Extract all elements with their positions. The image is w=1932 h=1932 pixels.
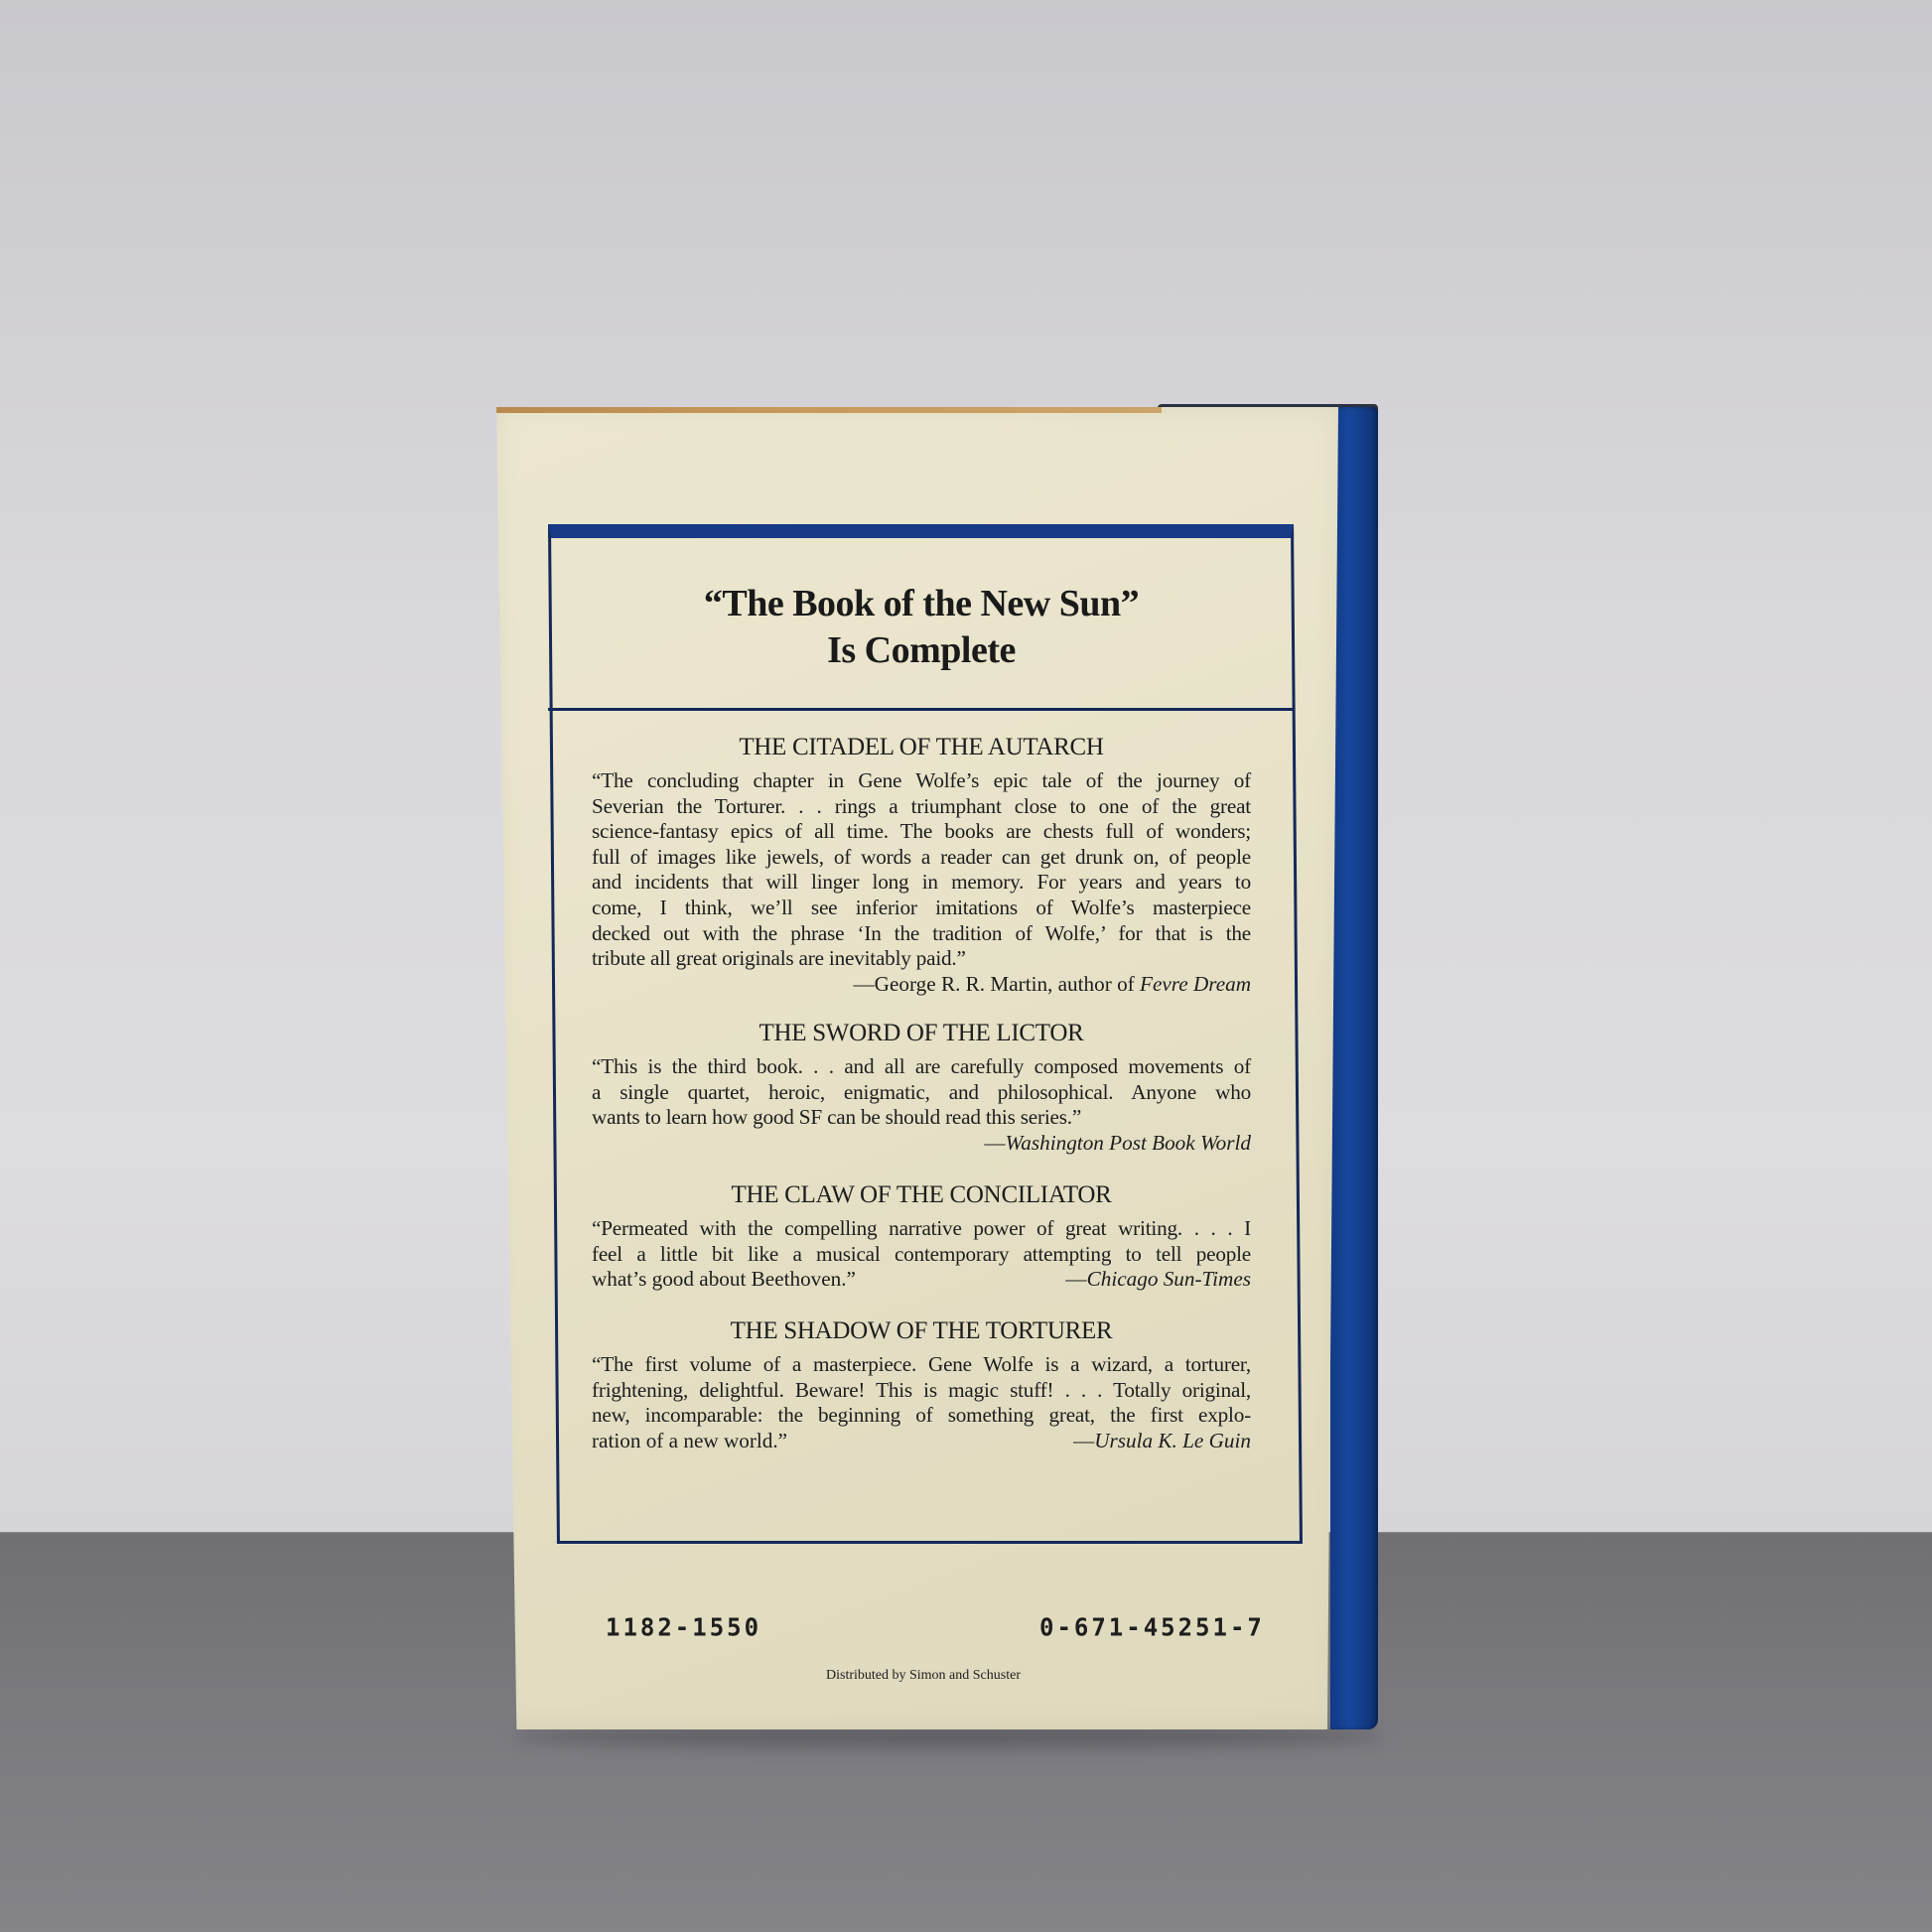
title-divider [548,708,1294,711]
review-attribution: —Washington Post Book World [592,1131,1251,1156]
quote-line: feel a little bit like a musical contemp… [592,1242,1251,1268]
quote-line: new, incomparable: the beginning of some… [592,1403,1251,1429]
section-heading: THE CLAW OF THE CONCILIATOR [592,1180,1251,1210]
quote-line: Severian the Torturer. . . rings a trium… [592,794,1251,820]
section-heading: THE CITADEL OF THE AUTARCH [592,733,1251,762]
review-quote: “The concluding chapter in Gene Wolfe’s … [592,768,1251,972]
review-section-claw: THE CLAW OF THE CONCILIATOR “Permeated w… [592,1180,1251,1293]
attribution-source: Ursula K. Le Guin [1094,1429,1251,1452]
quote-line: a single quartet, heroic, enigmatic, and… [592,1080,1251,1106]
quote-line: what’s good about Beethoven.” [592,1267,856,1293]
quote-line: “This is the third book. . . and all are… [592,1054,1251,1080]
distributor-line: Distributed by Simon and Schuster [755,1668,1092,1684]
quote-last-line-with-attribution: ration of a new world.” —Ursula K. Le Gu… [592,1429,1251,1454]
review-section-citadel: THE CITADEL OF THE AUTARCH “The concludi… [592,733,1251,997]
review-attribution: —Ursula K. Le Guin [1073,1429,1251,1454]
attribution-dash: — [1065,1267,1086,1291]
review-quote: “Permeated with the compelling narrative… [592,1216,1251,1267]
cover-title: “The Book of the New Sun” Is Complete [548,581,1295,674]
attribution-dash: — [1073,1429,1094,1452]
page-edge-top [496,407,1162,413]
quote-line: and incidents that will linger long in m… [592,870,1251,896]
attribution-work: Fevre Dream [1140,972,1251,996]
review-attribution: —Chicago Sun-Times [1065,1267,1251,1293]
review-quote: “The first volume of a masterpiece. Gene… [592,1352,1251,1429]
section-heading: THE SHADOW OF THE TORTURER [592,1316,1251,1346]
isbn: 0-671-45251-7 [1039,1612,1265,1641]
quote-line: come, I think, we’ll see inferior imitat… [592,896,1251,921]
attribution-source: Washington Post Book World [1006,1131,1251,1155]
quote-line: full of images like jewels, of words a r… [592,845,1251,871]
review-section-sword: THE SWORD OF THE LICTOR “This is the thi… [592,1019,1251,1156]
quote-line: frightening, delightful. Beware! This is… [592,1378,1251,1404]
title-line-1: “The Book of the New Sun” [548,581,1295,627]
attribution-text: —George R. R. Martin, author of [853,972,1140,996]
review-quote: “This is the third book. . . and all are… [592,1054,1251,1131]
quote-line: “Permeated with the compelling narrative… [592,1216,1251,1242]
review-attribution: —George R. R. Martin, author of Fevre Dr… [592,972,1251,997]
quote-line: wants to learn how good SF can be should… [592,1105,1251,1131]
review-section-shadow: THE SHADOW OF THE TORTURER “The first vo… [592,1316,1251,1453]
quote-line: ration of a new world.” [592,1429,787,1454]
section-heading: THE SWORD OF THE LICTOR [592,1019,1251,1048]
quote-line: “The concluding chapter in Gene Wolfe’s … [592,768,1251,794]
quote-line: decked out with the phrase ‘In the tradi… [592,921,1251,947]
book-spine [1330,407,1378,1729]
attribution-source: Chicago Sun-Times [1087,1267,1251,1291]
quote-line: science-fantasy epics of all time. The b… [592,819,1251,845]
quote-last-line-with-attribution: what’s good about Beethoven.” —Chicago S… [592,1267,1251,1293]
title-line-2: Is Complete [548,627,1295,674]
attribution-text: — [984,1131,1005,1155]
quote-line: “The first volume of a masterpiece. Gene… [592,1352,1251,1378]
quote-line: tribute all great originals are inevitab… [592,946,1251,972]
catalog-code: 1182-1550 [606,1612,761,1641]
